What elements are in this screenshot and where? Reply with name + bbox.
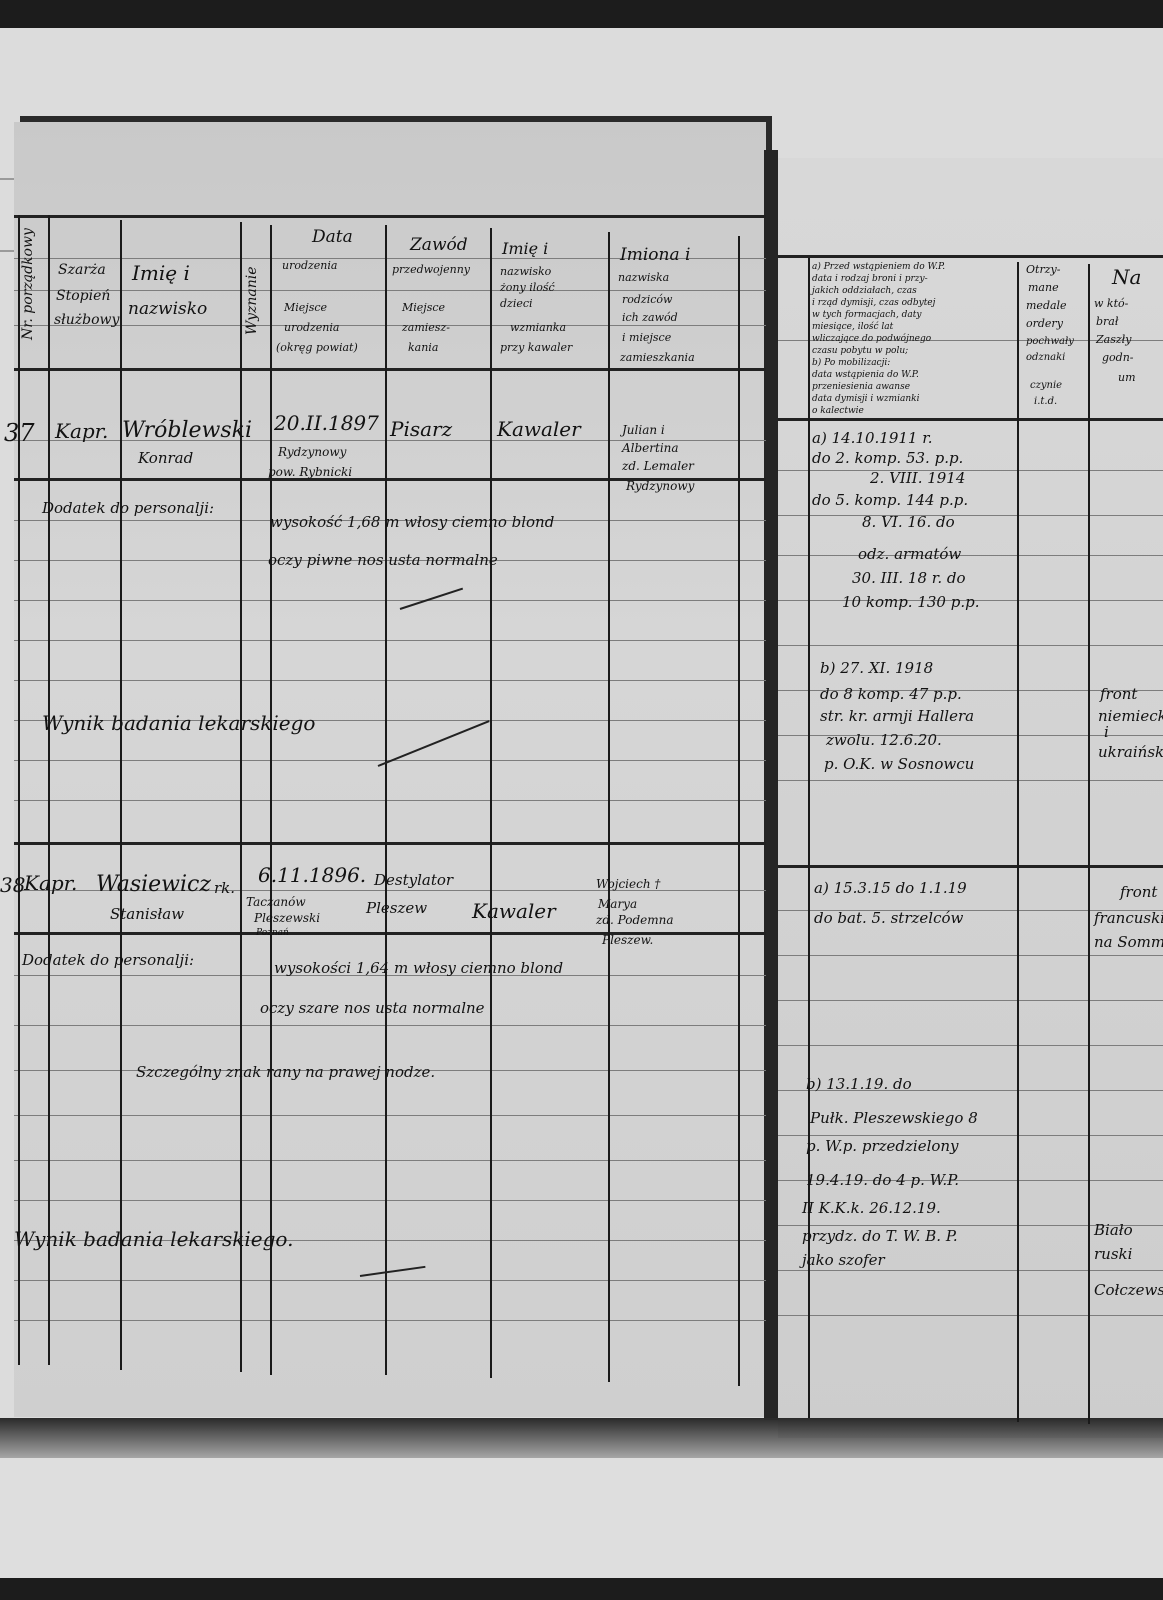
header-medals-line: mane bbox=[1028, 282, 1059, 295]
lower-page-strip bbox=[0, 1458, 1163, 1578]
entry-addendum-line-1: wysokości 1,64 m włosy ciemno blond bbox=[274, 960, 563, 977]
scan-border bbox=[0, 1578, 1163, 1600]
service-a-line: do bat. 5. strzelców bbox=[814, 910, 963, 927]
service-a-line: a) 14.10.1911 r. bbox=[812, 430, 933, 447]
header-campaigns-line: godn- bbox=[1102, 352, 1134, 365]
entry-addendum-line-2: oczy szare nos usta normalne bbox=[260, 1000, 485, 1017]
header-name-1: Imię i bbox=[132, 262, 190, 285]
header-medals-line: medale bbox=[1026, 300, 1067, 313]
service-b-line: b) 27. XI. 1918 bbox=[820, 660, 933, 677]
header-wife-1: Imię i bbox=[502, 240, 548, 258]
service-a-line: 2. VIII. 1914 bbox=[870, 470, 965, 487]
header-service-line: czasu pobytu w polu; bbox=[812, 346, 908, 356]
service-b-line: 19.4.19. do 4 p. W.P. bbox=[806, 1172, 959, 1189]
service-b-line: p. W.p. przedzielony bbox=[806, 1138, 959, 1155]
header-birth-1: Data bbox=[312, 228, 353, 248]
header-wife-5: wzmianka bbox=[510, 322, 566, 335]
header-service-line: w tych formacjach, daty bbox=[812, 310, 922, 320]
entry-birth-date: 6.11.1896. bbox=[258, 864, 366, 887]
campaign-line: front bbox=[1100, 686, 1137, 703]
header-medals-line: Otrzy- bbox=[1026, 264, 1060, 277]
entry-birth-date: 20.II.1897 bbox=[274, 412, 379, 435]
service-b-line: II K.K.k. 26.12.19. bbox=[802, 1200, 941, 1217]
entry-parents-2: Marya bbox=[598, 898, 637, 912]
header-service-line: przeniesienia awanse bbox=[812, 382, 910, 392]
header-birth-3: Miejsce bbox=[284, 302, 327, 315]
entry-birth-place-2: Pleszewski bbox=[254, 912, 320, 926]
header-service-line: miesiące, ilość lat bbox=[812, 322, 893, 332]
service-b-line: Pułk. Pleszewskiego 8 bbox=[810, 1110, 978, 1127]
entry-parents-2: Albertina bbox=[622, 442, 679, 456]
header-medals-line: odznaki bbox=[1026, 352, 1065, 364]
header-occupation-1: Zawód bbox=[410, 236, 468, 256]
header-service-line: wliczające do podwójnego bbox=[812, 334, 931, 344]
campaign-line: front bbox=[1120, 884, 1157, 901]
entry-parents-4: Rydzynowy bbox=[626, 480, 694, 494]
entry-parents-3: zd. Podemna bbox=[596, 914, 674, 928]
header-occupation-2: przedwojenny bbox=[392, 264, 470, 277]
header-wife-6: przy kawaler bbox=[500, 342, 572, 355]
entry-rank: Kapr. bbox=[24, 872, 77, 895]
entry-birth-place-3: Poznań bbox=[256, 928, 289, 938]
entry-parents-3: zd. Lemaler bbox=[622, 460, 694, 474]
header-campaigns-line: um bbox=[1118, 372, 1136, 385]
service-a-line: 10 komp. 130 p.p. bbox=[842, 594, 979, 611]
entry-rank: Kapr. bbox=[55, 420, 108, 443]
campaign-line: francuski bbox=[1094, 910, 1163, 927]
header-rank-3: służbowy bbox=[54, 312, 119, 328]
service-b-line: p. O.K. w Sosnowcu bbox=[824, 756, 974, 773]
service-b-line: str. kr. armji Hallera bbox=[820, 708, 974, 725]
campaign-line: ukraiński bbox=[1098, 744, 1163, 761]
campaign-line: ruski bbox=[1094, 1246, 1132, 1263]
entry-number: 38 bbox=[0, 874, 25, 897]
header-number: Nr. porządkowy bbox=[20, 228, 36, 340]
entry-parents-1: Julian i bbox=[622, 424, 665, 438]
entry-number: 37 bbox=[4, 420, 35, 448]
service-b-line: b) 13.1.19. do bbox=[806, 1076, 912, 1093]
entry-parents-4: Pleszew. bbox=[602, 934, 653, 948]
header-parents-6: zamieszkania bbox=[620, 352, 695, 365]
book-spine bbox=[764, 150, 778, 1420]
header-service-line: o kalectwie bbox=[812, 406, 864, 416]
entry-addendum-line-1: wysokość 1,68 m włosy ciemno blond bbox=[270, 514, 554, 531]
entry-marital-status: Kawaler bbox=[472, 900, 556, 923]
header-occupation-4: zamiesz- bbox=[402, 322, 450, 335]
page-bottom-shadow bbox=[0, 1418, 1163, 1458]
header-birth-4: urodzenia bbox=[284, 322, 339, 335]
header-service-line: data wstąpienia do W.P. bbox=[812, 370, 919, 380]
header-occupation-3: Miejsce bbox=[402, 302, 445, 315]
header-parents-2: nazwiska bbox=[618, 272, 669, 285]
header-service-line: a) Przed wstąpieniem do W.P. bbox=[812, 262, 945, 272]
header-campaigns-line: brał bbox=[1096, 316, 1118, 329]
entry-medical-label: Wynik badania lekarskiego. bbox=[14, 1228, 293, 1251]
campaign-line: i bbox=[1104, 724, 1109, 741]
header-medals-line: pochwały bbox=[1026, 336, 1074, 348]
header-parents-1: Imiona i bbox=[620, 246, 690, 266]
service-b-line: zwolu. 12.6.20. bbox=[826, 732, 942, 749]
entry-medical-label: Wynik badania lekarskiego bbox=[42, 712, 315, 735]
header-campaigns-line: Zaszły bbox=[1096, 334, 1131, 347]
header-service-line: data dymisji i wzmianki bbox=[812, 394, 919, 404]
entry-marital-status: Kawaler bbox=[497, 418, 581, 441]
header-birth-5: (okręg powiat) bbox=[276, 342, 358, 355]
header-wife-3: żony ilość bbox=[500, 282, 555, 295]
entry-addendum-label: Dodatek do personalji: bbox=[42, 500, 214, 517]
campaign-line: na Sommie bbox=[1094, 934, 1163, 951]
entry-addendum-line-2: oczy piwne nos usta normalne bbox=[268, 552, 498, 569]
service-a-line: odz. armatów bbox=[858, 546, 961, 563]
service-a-line: do 2. komp. 53. p.p. bbox=[812, 450, 963, 467]
header-religion: Wyznanie bbox=[244, 266, 260, 335]
header-parents-5: i miejsce bbox=[622, 332, 671, 345]
service-b-line: do 8 komp. 47 p.p. bbox=[820, 686, 962, 703]
service-a-line: do 5. komp. 144 p.p. bbox=[812, 492, 968, 509]
header-service-line: jakich oddziałach, czas bbox=[812, 286, 917, 296]
header-medals-line: i.t.d. bbox=[1034, 396, 1057, 408]
header-medals-line: ordery bbox=[1026, 318, 1063, 331]
header-rank-2: Stopień bbox=[56, 288, 110, 304]
header-parents-3: rodziców bbox=[622, 294, 672, 307]
header-parents-4: ich zawód bbox=[622, 312, 678, 325]
service-b-line: jako szofer bbox=[802, 1252, 885, 1269]
service-a-line: 8. VI. 16. do bbox=[862, 514, 955, 531]
header-campaigns-line: Na bbox=[1112, 266, 1141, 289]
header-rank-1: Szarża bbox=[58, 262, 106, 278]
service-a-line: 30. III. 18 r. do bbox=[852, 570, 965, 587]
entry-birth-place-1: Rydzynowy bbox=[278, 446, 346, 460]
entry-birth-place-1: Taczanów bbox=[246, 896, 306, 910]
entry-occupation-2: Pleszew bbox=[366, 900, 427, 917]
entry-parents-1: Wojciech † bbox=[596, 878, 660, 892]
header-wife-2: nazwisko bbox=[500, 266, 551, 279]
header-name-2: nazwisko bbox=[128, 300, 207, 320]
header-occupation-5: kania bbox=[408, 342, 438, 355]
entry-occupation-1: Destylator bbox=[374, 872, 453, 889]
entry-given-name: Stanisław bbox=[110, 906, 184, 923]
entry-occupation: Pisarz bbox=[390, 418, 452, 441]
entry-birth-place-2: pow. Rybnicki bbox=[268, 466, 352, 480]
header-wife-4: dzieci bbox=[500, 298, 533, 311]
header-birth-2: urodzenia bbox=[282, 260, 337, 273]
header-service-line: i rząd dymisji, czas odbytej bbox=[812, 298, 935, 308]
campaign-line: Biało bbox=[1094, 1222, 1133, 1239]
entry-given-name: Konrad bbox=[138, 450, 193, 467]
header-service-line: b) Po mobilizacji: bbox=[812, 358, 890, 368]
campaign-line: Cołczewski bbox=[1094, 1282, 1163, 1299]
service-b-line: przydz. do T. W. B. P. bbox=[802, 1228, 958, 1245]
header-medals-line: czynie bbox=[1030, 380, 1062, 392]
entry-addendum-label: Dodatek do personalji: bbox=[22, 952, 194, 969]
entry-surname: Wasiewicz bbox=[96, 872, 211, 897]
entry-surname: Wróblewski bbox=[122, 418, 252, 443]
entry-religion: rk. bbox=[214, 880, 235, 897]
entry-special-mark: Szczególny znak rany na prawej nodze. bbox=[136, 1064, 435, 1081]
header-campaigns-line: w któ- bbox=[1094, 298, 1128, 311]
header-service-line: data i rodzaj broni i przy- bbox=[812, 274, 928, 284]
service-a-line: a) 15.3.15 do 1.1.19 bbox=[814, 880, 967, 897]
